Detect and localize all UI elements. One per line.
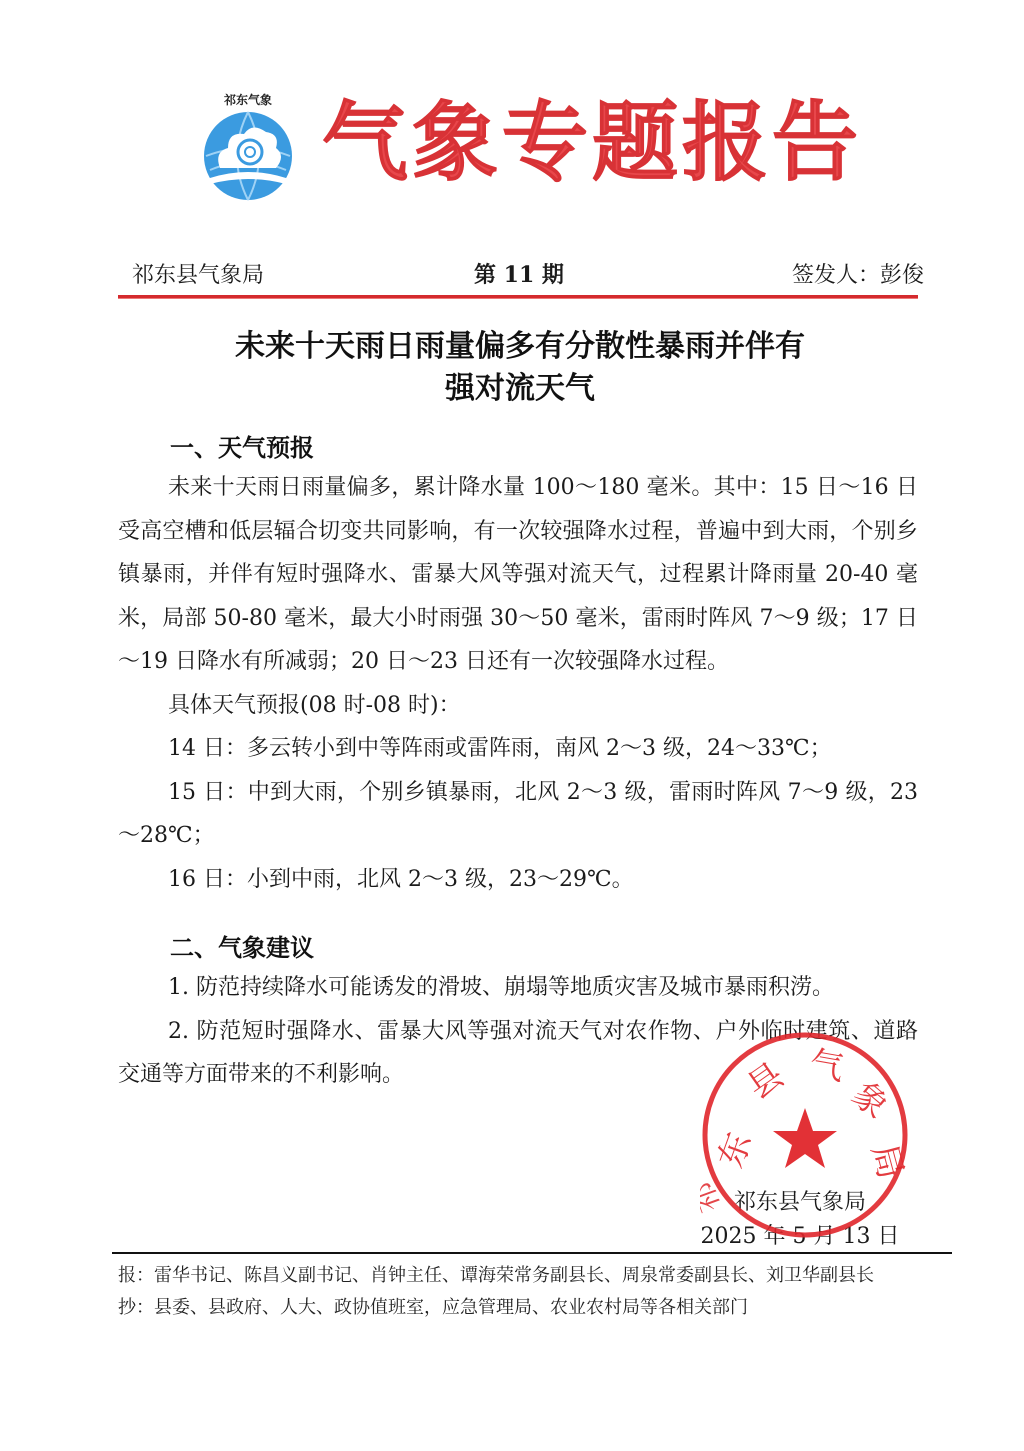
forecast-day-16: 16 日：小到中雨，北风 2～3 级，23～29℃。 xyxy=(118,858,918,902)
forecast-day-14: 14 日：多云转小到中等阵雨或雷阵雨，南风 2～3 级，24～33℃； xyxy=(118,727,918,771)
svg-text:东: 东 xyxy=(711,1127,760,1173)
svg-text:局: 局 xyxy=(863,1140,910,1183)
advice-item-1: 1. 防范持续降水可能诱发的滑坡、崩塌等地质灾害及城市暴雨积涝。 xyxy=(118,966,918,1010)
forecast-detail-label: 具体天气预报(08 时-08 时)： xyxy=(118,684,918,728)
signature-org: 祁东县气象局 xyxy=(690,1186,910,1220)
advice-body: 1. 防范持续降水可能诱发的滑坡、崩塌等地质灾害及城市暴雨积涝。 2. 防范短时… xyxy=(118,966,918,1097)
title-line-2: 强对流天气 xyxy=(120,368,920,410)
issue-meta-row: 祁东县气象局 第 11 期 签发人：彭俊 xyxy=(128,258,924,294)
forecast-day-15: 15 日：中到大雨，个别乡镇暴雨，北风 2～3 级，雷雨时阵风 7～9 级，23… xyxy=(118,771,918,858)
advice-item-2: 2. 防范短时强降水、雷暴大风等强对流天气对农作物、户外临时建筑、道路交通等方面… xyxy=(118,1010,918,1097)
header-divider xyxy=(118,295,918,298)
issue-number: 第 11 期 xyxy=(474,258,564,289)
signature-block: 祁东县气象局 2025 年 5 月 13 日 xyxy=(690,1186,910,1254)
signature-date: 2025 年 5 月 13 日 xyxy=(690,1220,910,1254)
distribution-divider xyxy=(112,1252,952,1254)
document-title: 未来十天雨日雨量偏多有分散性暴雨并伴有 强对流天气 xyxy=(120,326,920,410)
masthead-title: 气象专题报告 xyxy=(322,100,862,186)
forecast-body: 未来十天雨日雨量偏多，累计降水量 100～180 毫米。其中：15 日～16 日… xyxy=(118,466,918,901)
copy-to: 抄：县委、县政府、人大、政协值班室，应急管理局、农业农村局等各相关部门 xyxy=(118,1292,874,1324)
distribution-list: 报：雷华书记、陈昌义副书记、肖钟主任、谭海荣常务副县长、周泉常委副县长、刘卫华副… xyxy=(118,1260,874,1324)
forecast-summary: 未来十天雨日雨量偏多，累计降水量 100～180 毫米。其中：15 日～16 日… xyxy=(118,466,918,684)
title-line-1: 未来十天雨日雨量偏多有分散性暴雨并伴有 xyxy=(120,326,920,368)
signer: 签发人：彭俊 xyxy=(792,258,924,289)
report-to: 报：雷华书记、陈昌义副书记、肖钟主任、谭海荣常务副县长、周泉常委副县长、刘卫华副… xyxy=(118,1260,874,1292)
meteorological-logo-icon: 祁东气象 xyxy=(186,90,310,214)
section-heading-advice: 二、气象建议 xyxy=(170,928,314,963)
section-heading-forecast: 一、天气预报 xyxy=(170,428,314,463)
issuing-organization: 祁东县气象局 xyxy=(132,258,264,289)
svg-text:祁东气象: 祁东气象 xyxy=(224,92,272,107)
